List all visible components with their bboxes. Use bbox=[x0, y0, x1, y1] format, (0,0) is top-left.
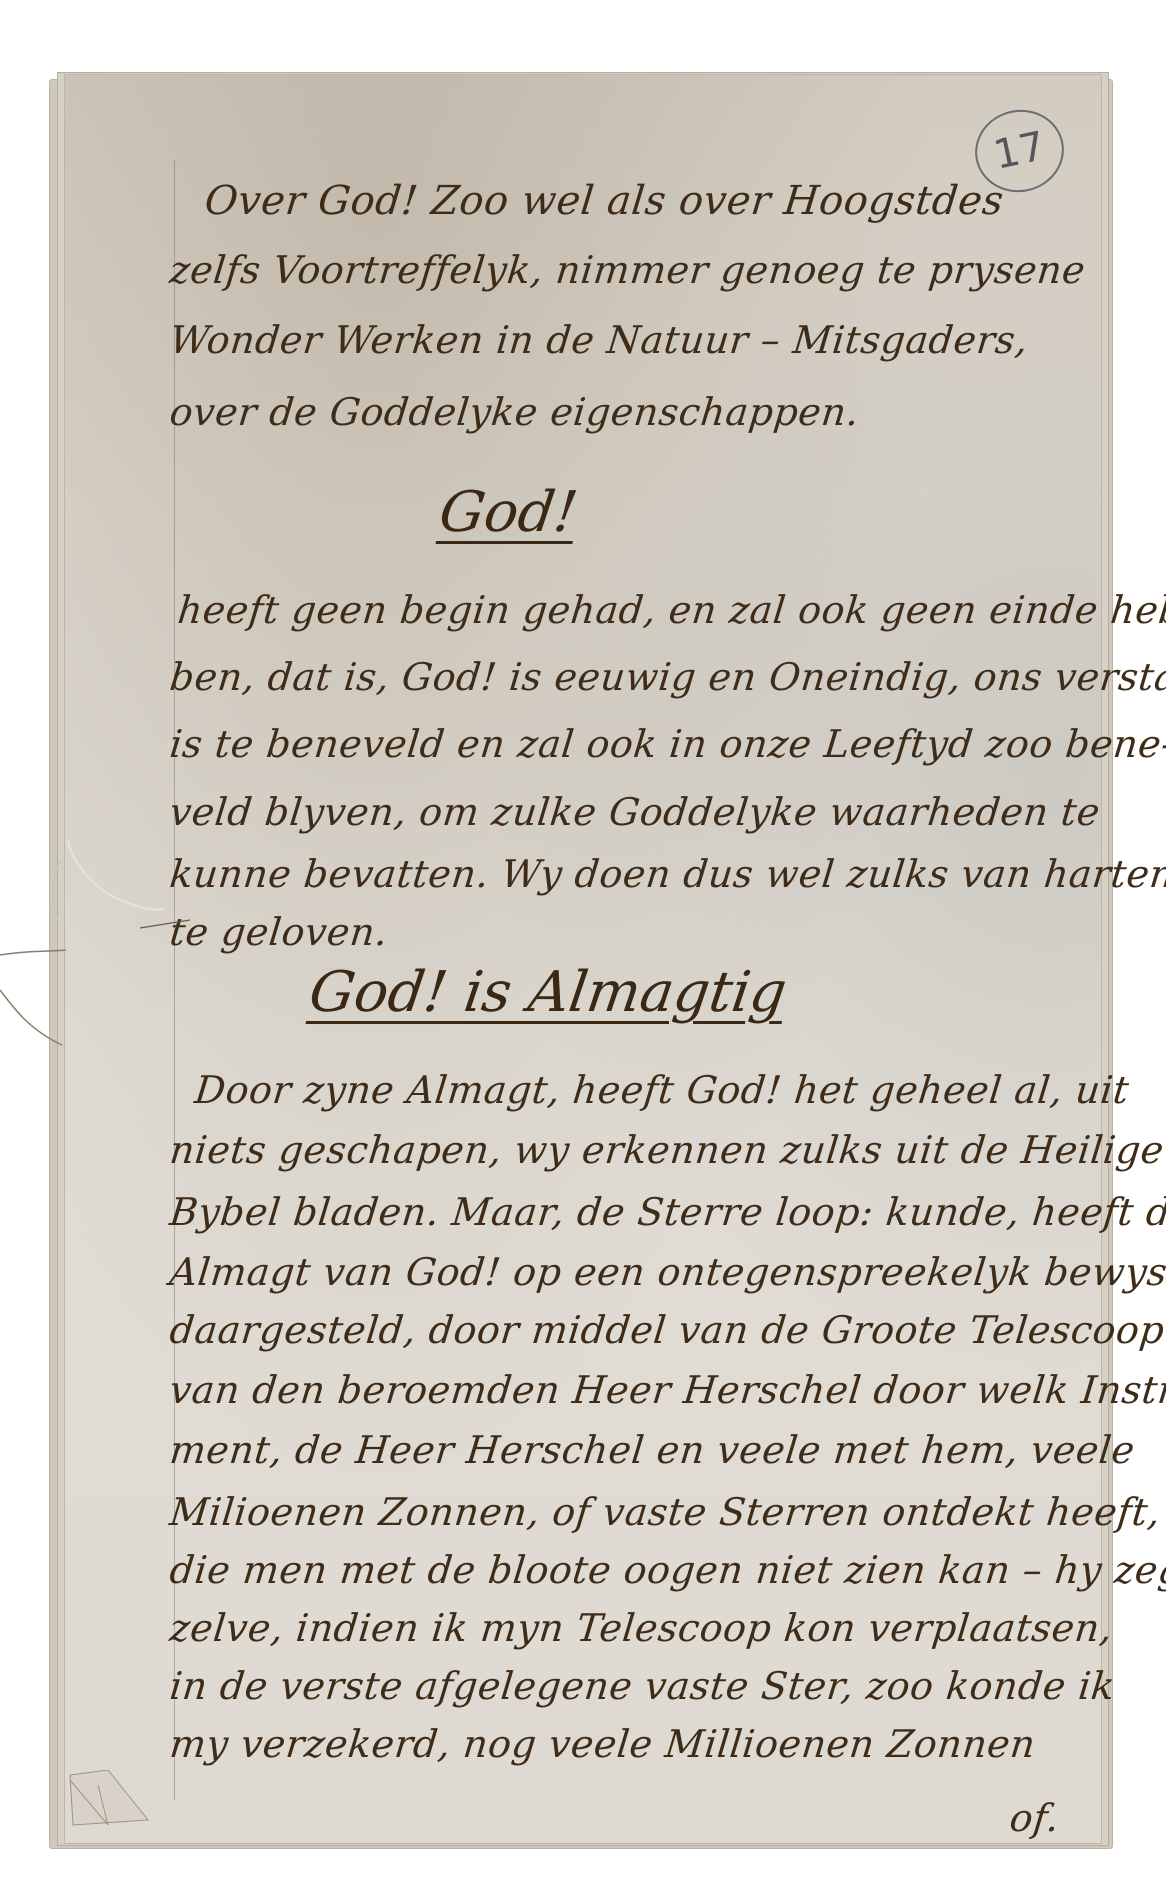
section-heading-god: God! bbox=[435, 480, 581, 545]
title-line-2: zelfs Voortreffelyk, nimmer genoeg te pr… bbox=[168, 248, 1088, 292]
section-2-line-10: zelve, indien ik myn Telescoop kon verpl… bbox=[168, 1606, 1115, 1650]
section-2-line-9: die men met de bloote oogen niet zien ka… bbox=[168, 1548, 1166, 1592]
folio-number: 17 bbox=[990, 123, 1049, 179]
section-1-line-4: veld blyven, om zulke Goddelyke waarhede… bbox=[168, 790, 1103, 834]
title-line-3: Wonder Werken in de Natuur – Mitsgaders, bbox=[168, 318, 1031, 362]
section-2-line-6: van den beroemden Heer Herschel door wel… bbox=[168, 1368, 1166, 1412]
section-1-line-2: ben, dat is, God! is eeuwig en Oneindig,… bbox=[168, 655, 1166, 699]
section-2-line-7: ment, de Heer Herschel en veele met hem,… bbox=[168, 1428, 1137, 1472]
folded-corner-icon bbox=[68, 1770, 158, 1840]
binding-thread-icon bbox=[0, 800, 210, 1060]
title-line-4: over de Goddelyke eigenschappen. bbox=[168, 390, 862, 434]
title-line-1: Over God! Zoo wel als over Hoogstdes bbox=[203, 178, 1006, 224]
section-2-line-8: Milioenen Zonnen, of vaste Sterren ontde… bbox=[168, 1490, 1163, 1534]
section-2-line-4: Almagt van God! op een ontegenspreekelyk… bbox=[168, 1250, 1166, 1294]
section-1-line-3: is te beneveld en zal ook in onze Leefty… bbox=[168, 722, 1166, 766]
section-heading-almagtig: God! is Almagtig bbox=[305, 960, 790, 1025]
section-2-line-11: in de verste afgelegene vaste Ster, zoo … bbox=[168, 1664, 1117, 1708]
section-2-line-1: Door zyne Almagt, heeft God! het geheel … bbox=[193, 1068, 1132, 1112]
section-2-line-2: niets geschapen, wy erkennen zulks uit d… bbox=[168, 1128, 1166, 1172]
section-2-line-3: Bybel bladen. Maar, de Sterre loop: kund… bbox=[168, 1190, 1166, 1234]
section-2-line-12: my verzekerd, nog veele Millioenen Zonne… bbox=[168, 1722, 1038, 1766]
section-1-line-5: kunne bevatten. Wy doen dus wel zulks va… bbox=[168, 852, 1166, 896]
section-2-line-5: daargesteld, door middel van de Groote T… bbox=[168, 1308, 1166, 1352]
catchword: of. bbox=[1008, 1796, 1062, 1840]
section-1-line-1: heeft geen begin gehad, en zal ook geen … bbox=[176, 588, 1166, 632]
